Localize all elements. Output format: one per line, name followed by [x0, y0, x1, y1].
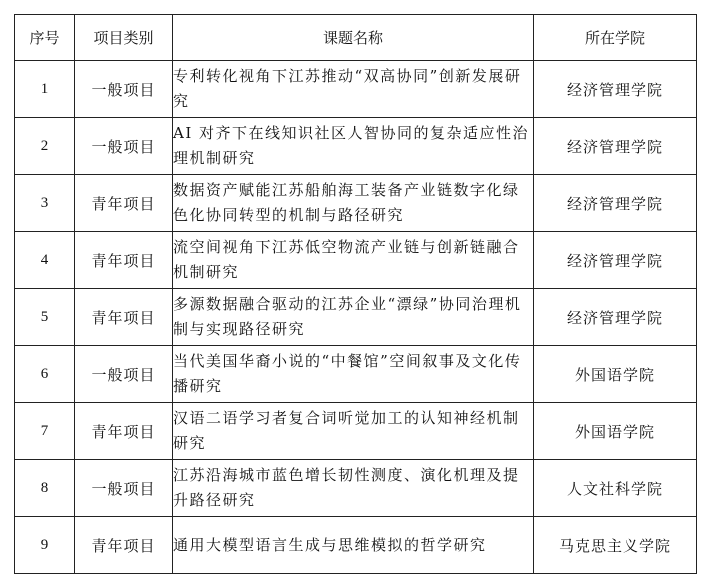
header-title: 课题名称: [173, 15, 534, 61]
table-row: 1 一般项目 专利转化视角下江苏推动“双高协同”创新发展研究 经济管理学院: [15, 61, 697, 118]
cell-no: 9: [15, 517, 75, 574]
cell-category: 一般项目: [75, 61, 173, 118]
cell-title: 江苏沿海城市蓝色增长韧性测度、演化机理及提升路径研究: [173, 460, 534, 517]
header-college: 所在学院: [534, 15, 697, 61]
cell-title: AI 对齐下在线知识社区人智协同的复杂适应性治理机制研究: [173, 118, 534, 175]
table-row: 2 一般项目 AI 对齐下在线知识社区人智协同的复杂适应性治理机制研究 经济管理…: [15, 118, 697, 175]
cell-college: 人文社科学院: [534, 460, 697, 517]
cell-college: 外国语学院: [534, 346, 697, 403]
cell-title: 数据资产赋能江苏船舶海工装备产业链数字化绿色化协同转型的机制与路径研究: [173, 175, 534, 232]
cell-college: 经济管理学院: [534, 289, 697, 346]
table-row: 3 青年项目 数据资产赋能江苏船舶海工装备产业链数字化绿色化协同转型的机制与路径…: [15, 175, 697, 232]
cell-no: 1: [15, 61, 75, 118]
cell-college: 经济管理学院: [534, 175, 697, 232]
cell-college: 经济管理学院: [534, 118, 697, 175]
cell-category: 青年项目: [75, 517, 173, 574]
cell-category: 一般项目: [75, 118, 173, 175]
cell-title: 汉语二语学习者复合词听觉加工的认知神经机制研究: [173, 403, 534, 460]
header-no: 序号: [15, 15, 75, 61]
cell-title: 专利转化视角下江苏推动“双高协同”创新发展研究: [173, 61, 534, 118]
cell-college: 马克思主义学院: [534, 517, 697, 574]
cell-college: 经济管理学院: [534, 61, 697, 118]
cell-category: 青年项目: [75, 403, 173, 460]
table-row: 9 青年项目 通用大模型语言生成与思维模拟的哲学研究 马克思主义学院: [15, 517, 697, 574]
table-row: 7 青年项目 汉语二语学习者复合词听觉加工的认知神经机制研究 外国语学院: [15, 403, 697, 460]
cell-no: 4: [15, 232, 75, 289]
table-row: 4 青年项目 流空间视角下江苏低空物流产业链与创新链融合机制研究 经济管理学院: [15, 232, 697, 289]
cell-title: 多源数据融合驱动的江苏企业“漂绿”协同治理机制与实现路径研究: [173, 289, 534, 346]
cell-category: 青年项目: [75, 232, 173, 289]
table-row: 5 青年项目 多源数据融合驱动的江苏企业“漂绿”协同治理机制与实现路径研究 经济…: [15, 289, 697, 346]
cell-category: 一般项目: [75, 460, 173, 517]
cell-no: 3: [15, 175, 75, 232]
cell-no: 2: [15, 118, 75, 175]
cell-college: 经济管理学院: [534, 232, 697, 289]
cell-no: 8: [15, 460, 75, 517]
cell-title: 流空间视角下江苏低空物流产业链与创新链融合机制研究: [173, 232, 534, 289]
header-category: 项目类别: [75, 15, 173, 61]
cell-no: 7: [15, 403, 75, 460]
table-row: 6 一般项目 当代美国华裔小说的“中餐馆”空间叙事及文化传播研究 外国语学院: [15, 346, 697, 403]
cell-category: 一般项目: [75, 346, 173, 403]
projects-table: 序号 项目类别 课题名称 所在学院 1 一般项目 专利转化视角下江苏推动“双高协…: [14, 14, 697, 574]
cell-no: 6: [15, 346, 75, 403]
cell-title: 通用大模型语言生成与思维模拟的哲学研究: [173, 517, 534, 574]
cell-title: 当代美国华裔小说的“中餐馆”空间叙事及文化传播研究: [173, 346, 534, 403]
table-row: 8 一般项目 江苏沿海城市蓝色增长韧性测度、演化机理及提升路径研究 人文社科学院: [15, 460, 697, 517]
cell-category: 青年项目: [75, 289, 173, 346]
cell-college: 外国语学院: [534, 403, 697, 460]
cell-no: 5: [15, 289, 75, 346]
cell-category: 青年项目: [75, 175, 173, 232]
table-header-row: 序号 项目类别 课题名称 所在学院: [15, 15, 697, 61]
